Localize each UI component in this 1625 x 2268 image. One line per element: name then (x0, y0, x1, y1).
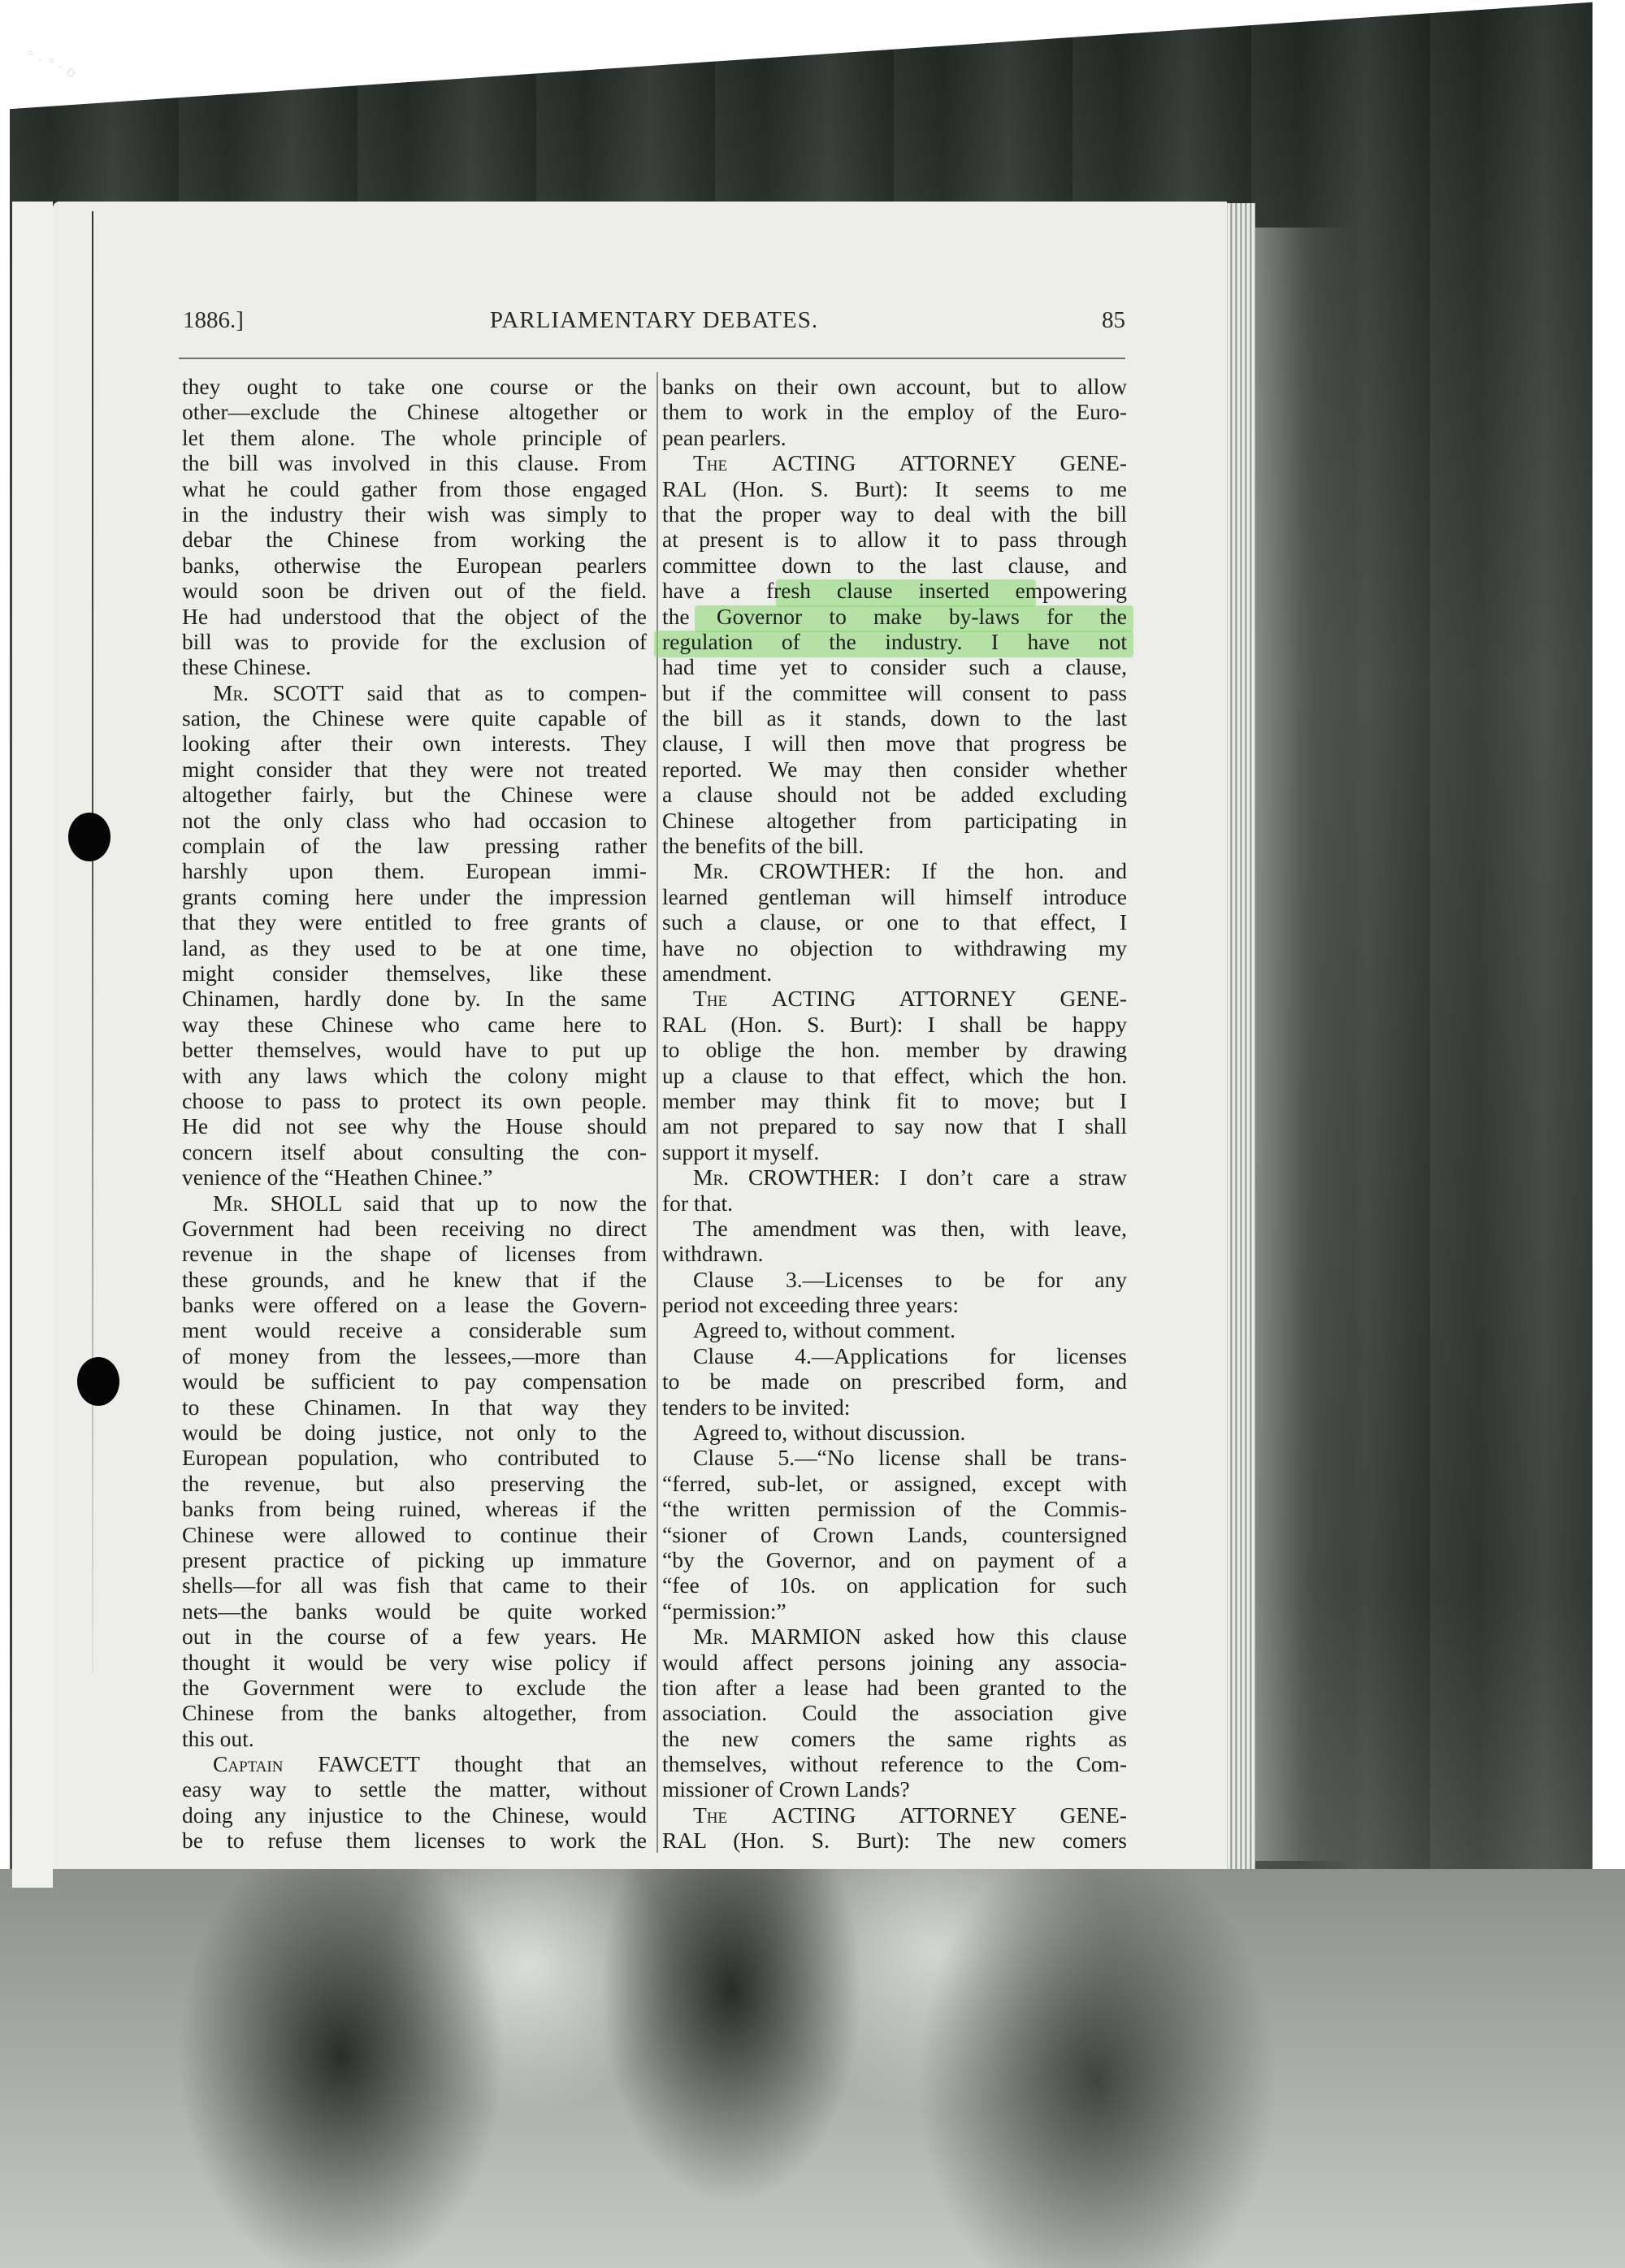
right-column-line: withdrawn. (662, 1241, 1127, 1266)
right-column-line: “by the Governor, and on payment of a (662, 1547, 1127, 1572)
right-column-line: Clause 5.—“No license shall be trans- (662, 1445, 1127, 1470)
speaker-name: ACTING ATTORNEY GENE- (772, 1802, 1127, 1828)
line-text: said that as to compen- (343, 680, 647, 705)
right-column-line: member may think fit to move; but I (662, 1088, 1127, 1113)
speaker-name: SHOLL (271, 1190, 342, 1216)
right-column: banks on their own account, but to allow… (662, 374, 1127, 1854)
right-column-line: tion after a lease had been granted to t… (662, 1675, 1127, 1700)
right-column-line: pean pearlers. (662, 425, 1127, 450)
right-column-line: Mr. CROWTHER: If the hon. and (662, 858, 1127, 883)
right-column-line: amendment. (662, 961, 1127, 986)
left-column-line: Chinamen, hardly done by. In the same (182, 986, 647, 1011)
left-column-line: grants coming here under the impression (182, 884, 647, 909)
right-column-line: RAL (Hon. S. Burt): The new comers (662, 1828, 1127, 1853)
line-text: thought that an (419, 1751, 647, 1776)
right-column-line: “the written permission of the Commis- (662, 1496, 1127, 1521)
left-column-line: what he could gather from those engaged (182, 476, 647, 501)
left-column-line: better themselves, would have to put up (182, 1037, 647, 1062)
left-column-line: of money from the lessees,—more than (182, 1343, 647, 1368)
right-column-line: tenders to be invited: (662, 1394, 1127, 1420)
page-number: 85 (1102, 307, 1125, 334)
left-column-line: choose to pass to protect its own people… (182, 1088, 647, 1113)
right-column-line: up a clause to that effect, which the ho… (662, 1063, 1127, 1088)
left-column-line: sation, the Chinese were quite capable o… (182, 705, 647, 731)
right-column-line: am not prepared to say now that I shall (662, 1113, 1127, 1138)
left-column-line: revenue in the shape of licenses from (182, 1241, 647, 1266)
left-column-line: banks were offered on a lease the Govern… (182, 1292, 647, 1317)
speaker-title: The (693, 1802, 772, 1828)
left-column-line: the Government were to exclude the (182, 1675, 647, 1700)
left-column-line: would be sufficient to pay compensation (182, 1368, 647, 1394)
right-column-line: such a clause, or one to that effect, I (662, 909, 1127, 935)
right-column-line: regulation of the industry. I have not (662, 629, 1127, 654)
left-column-line: Chinese from the banks altogether, from (182, 1700, 647, 1725)
running-head: 1886.] PARLIAMENTARY DEBATES. 85 (183, 307, 1125, 340)
punch-hole-lower (77, 1357, 119, 1406)
right-column-line: at present is to allow it to pass throug… (662, 527, 1127, 552)
right-column-line: clause, I will then move that progress b… (662, 731, 1127, 756)
left-column-line: nets—the banks would be quite worked (182, 1598, 647, 1624)
line-text: asked how this clause (861, 1624, 1127, 1649)
speaker-title: The (693, 450, 772, 475)
speaker-name: CROWTHER (748, 1164, 873, 1190)
left-column-line: present practice of picking up immature (182, 1547, 647, 1572)
binding-gutter-line (92, 211, 93, 1674)
left-column-line: bill was to provide for the exclusion of (182, 629, 647, 654)
line-text: : I don’t care a straw (873, 1164, 1127, 1190)
left-column-line: Chinese were allowed to continue their (182, 1522, 647, 1547)
left-column-line: easy way to settle the matter, without (182, 1776, 647, 1802)
header-rule (179, 358, 1125, 359)
right-column-line: The amendment was then, with leave, (662, 1216, 1127, 1241)
right-column-line: Agreed to, without discussion. (662, 1420, 1127, 1445)
right-column-line: missioner of Crown Lands? (662, 1776, 1127, 1802)
right-column-line: “ferred, sub-let, or assigned, except wi… (662, 1471, 1127, 1496)
left-column-line: these grounds, and he knew that if the (182, 1267, 647, 1292)
left-column-line: might consider themselves, like these (182, 961, 647, 986)
speaker-title: The (693, 986, 772, 1011)
left-column-line: that they were entitled to free grants o… (182, 909, 647, 935)
book-page-edges (1223, 203, 1255, 1869)
right-column-line: the Governor to make by-laws for the (662, 604, 1127, 629)
speaker-name: FAWCETT (318, 1751, 419, 1776)
left-column-line: European population, who contributed to (182, 1445, 647, 1470)
speaker-name: ACTING ATTORNEY GENE- (772, 450, 1127, 475)
speaker-title: Mr. (693, 1164, 748, 1190)
speaker-title: Mr. (693, 858, 760, 883)
right-column-line: association. Could the association give (662, 1700, 1127, 1725)
right-column-line: Agreed to, without comment. (662, 1317, 1127, 1342)
left-column-line: banks from being ruined, whereas if the (182, 1496, 647, 1521)
right-column-line: had time yet to consider such a clause, (662, 654, 1127, 679)
speaker-name: MARMION (751, 1624, 861, 1649)
left-column-line: with any laws which the colony might (182, 1063, 647, 1088)
right-column-line: RAL (Hon. S. Burt): It seems to me (662, 476, 1127, 501)
left-column-line: other—exclude the Chinese altogether or (182, 399, 647, 424)
right-column-line: “sioner of Crown Lands, countersigned (662, 1522, 1127, 1547)
left-column-line: these Chinese. (182, 654, 647, 679)
right-column-line: Chinese altogether from participating in (662, 808, 1127, 833)
left-column-line: banks, otherwise the European pearlers (182, 553, 647, 578)
left-column-line: He did not see why the House should (182, 1113, 647, 1138)
right-column-line: banks on their own account, but to allow (662, 374, 1127, 399)
speaker-title: Mr. (693, 1624, 751, 1649)
left-column-line: Captain FAWCETT thought that an (182, 1751, 647, 1776)
left-column-line: Mr. SHOLL said that up to now the (182, 1190, 647, 1216)
left-column-line: ment would receive a considerable sum (182, 1317, 647, 1342)
right-column-line: have a fresh clause inserted empowering (662, 578, 1127, 603)
left-column-line: not the only class who had occasion to (182, 808, 647, 833)
right-column-line: have no objection to withdrawing my (662, 935, 1127, 961)
left-column-line: Mr. SCOTT said that as to compen- (182, 680, 647, 705)
left-column: they ought to take one course or theothe… (182, 374, 647, 1854)
left-column-line: they ought to take one course or the (182, 374, 647, 399)
right-column-line: but if the committee will consent to pas… (662, 680, 1127, 705)
left-column-line: harshly upon them. European immi- (182, 858, 647, 883)
left-column-line: altogether fairly, but the Chinese were (182, 782, 647, 807)
left-column-line: Government had been receiving no direct (182, 1216, 647, 1241)
left-column-line: would be doing justice, not only to the (182, 1420, 647, 1445)
right-column-line: the benefits of the bill. (662, 833, 1127, 858)
left-column-line: might consider that they were not treate… (182, 757, 647, 782)
left-column-line: out in the course of a few years. He (182, 1624, 647, 1649)
punch-hole-upper (68, 813, 110, 861)
page-edge-shadow (1255, 228, 1353, 1861)
left-column-line: concern itself about consulting the con- (182, 1139, 647, 1164)
running-head-title: PARLIAMENTARY DEBATES. (183, 307, 1125, 334)
right-column-line: themselves, without reference to the Com… (662, 1751, 1127, 1776)
speaker-title: Captain (213, 1751, 318, 1776)
speaker-title: Mr. (213, 1190, 271, 1216)
left-column-line: this out. (182, 1726, 647, 1751)
left-column-line: to these Chinamen. In that way they (182, 1394, 647, 1420)
speaker-name: CROWTHER (760, 858, 885, 883)
scanner-bottom-shadow (0, 1869, 1625, 2268)
left-column-line: let them alone. The whole principle of (182, 425, 647, 450)
right-column-line: RAL (Hon. S. Burt): I shall be happy (662, 1012, 1127, 1037)
left-column-line: complain of the law pressing rather (182, 833, 647, 858)
right-column-line: that the proper way to deal with the bil… (662, 501, 1127, 527)
left-column-line: venience of the “Heathen Chinee.” (182, 1164, 647, 1190)
right-column-line: reported. We may then consider whether (662, 757, 1127, 782)
right-column-line: for that. (662, 1190, 1127, 1216)
left-column-line: in the industry their wish was simply to (182, 501, 647, 527)
right-column-line: support it myself. (662, 1139, 1127, 1164)
left-column-line: thought it would be very wise policy if (182, 1650, 647, 1675)
line-text: : If the hon. and (885, 858, 1127, 883)
right-column-line: committee down to the last clause, and (662, 553, 1127, 578)
right-column-line: The ACTING ATTORNEY GENE- (662, 986, 1127, 1011)
right-column-line: “permission:” (662, 1598, 1127, 1624)
left-column-line: be to refuse them licenses to work the (182, 1828, 647, 1853)
right-column-line: a clause should not be added excluding (662, 782, 1127, 807)
left-column-line: looking after their own interests. They (182, 731, 647, 756)
right-column-line: learned gentleman will himself introduce (662, 884, 1127, 909)
left-column-line: He had understood that the object of the (182, 604, 647, 629)
speaker-name: ACTING ATTORNEY GENE- (772, 986, 1127, 1011)
right-column-line: the bill as it stands, down to the last (662, 705, 1127, 731)
right-column-line: Mr. CROWTHER: I don’t care a straw (662, 1164, 1127, 1190)
line-text: said that up to now the (341, 1190, 647, 1216)
left-column-line: debar the Chinese from working the (182, 527, 647, 552)
left-column-line: doing any injustice to the Chinese, woul… (182, 1802, 647, 1828)
right-column-line: them to work in the employ of the Euro- (662, 399, 1127, 424)
right-column-line: period not exceeding three years: (662, 1292, 1127, 1317)
right-column-line: The ACTING ATTORNEY GENE- (662, 450, 1127, 475)
right-column-line: Clause 3.—Licenses to be for any (662, 1267, 1127, 1292)
speaker-name: SCOTT (273, 680, 344, 705)
left-column-line: land, as they used to be at one time, (182, 935, 647, 961)
right-column-line: the new comers the same rights as (662, 1726, 1127, 1751)
left-column-line: would soon be driven out of the field. (182, 578, 647, 603)
left-column-line: way these Chinese who came here to (182, 1012, 647, 1037)
left-column-line: shells—for all was fish that came to the… (182, 1572, 647, 1598)
right-column-line: would affect persons joining any associa… (662, 1650, 1127, 1675)
right-column-line: to oblige the hon. member by drawing (662, 1037, 1127, 1062)
right-column-line: Clause 4.—Applications for licenses (662, 1343, 1127, 1368)
binding-margin (12, 202, 53, 1888)
right-column-line: Mr. MARMION asked how this clause (662, 1624, 1127, 1649)
right-column-line: to be made on prescribed form, and (662, 1368, 1127, 1394)
left-column-line: the revenue, but also preserving the (182, 1471, 647, 1496)
right-column-line: The ACTING ATTORNEY GENE- (662, 1802, 1127, 1828)
speaker-title: Mr. (213, 680, 273, 705)
right-column-line: “fee of 10s. on application for such (662, 1572, 1127, 1598)
column-divider (656, 372, 658, 1853)
left-column-line: the bill was involved in this clause. Fr… (182, 450, 647, 475)
